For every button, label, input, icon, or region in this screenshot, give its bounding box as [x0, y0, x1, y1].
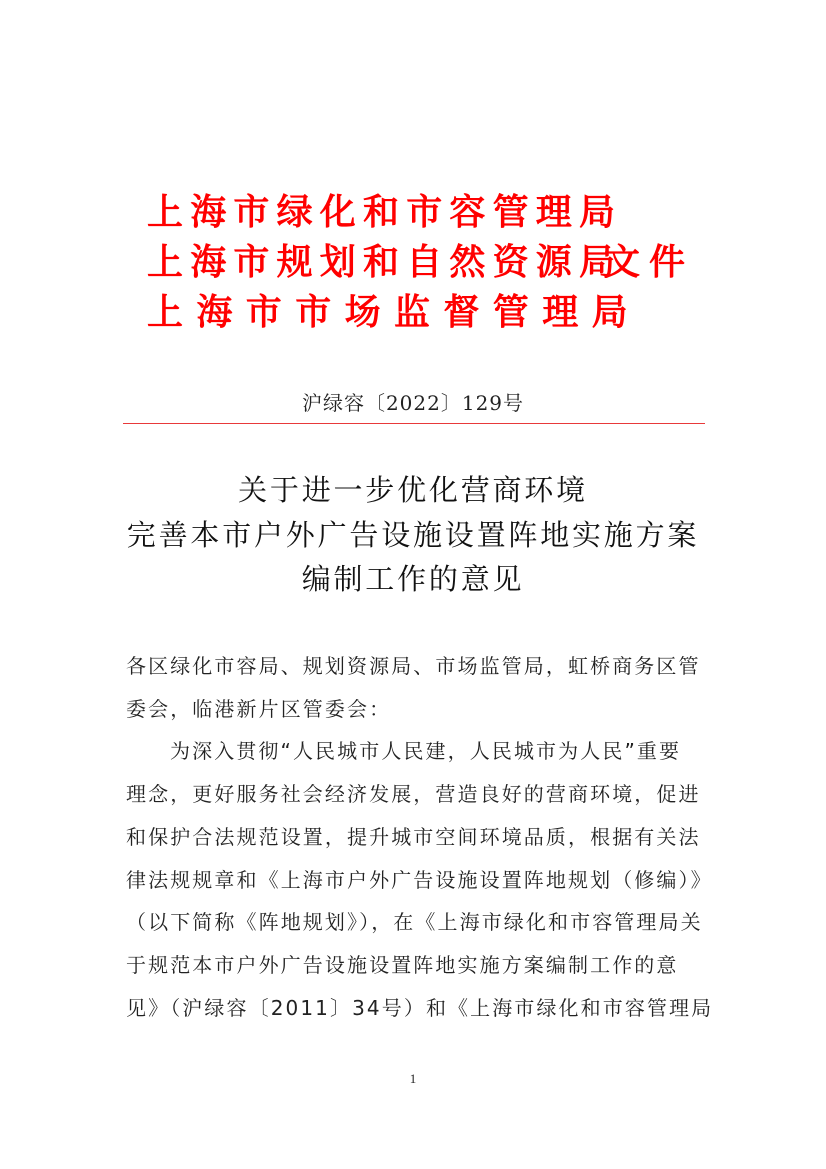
addressee-line: 各区绿化市容局、规划资源局、市场监管局，虹桥商务区管 — [126, 645, 708, 688]
issuer-greening-city-appearance: 上海市绿化和市容管理局 — [147, 190, 622, 234]
issuer-planning-natural-resources: 上海市规划和自然资源局 — [147, 240, 622, 284]
addressee-line: 委会，临港新片区管委会： — [126, 688, 708, 731]
paragraph-line: 和保护合法规范设置，提升城市空间环境品质，根据有关法 — [126, 816, 708, 859]
document-body: 各区绿化市容局、规划资源局、市场监管局，虹桥商务区管 委会，临港新片区管委会： … — [126, 645, 708, 1029]
document-title: 关于进一步优化营商环境 完善本市户外广告设施设置阵地实施方案 编制工作的意见 — [0, 468, 826, 602]
red-divider-rule — [123, 423, 705, 424]
paragraph-line: 理念，更好服务社会经济发展，营造良好的营商环境，促进 — [126, 773, 708, 816]
document-page: 上海市绿化和市容管理局 上海市规划和自然资源局 上海市市场监督管理局 文件 沪绿… — [0, 0, 826, 1169]
document-kind-label: 文件 — [604, 240, 694, 284]
title-line: 关于进一步优化营商环境 — [0, 468, 826, 513]
paragraph-line: 见》（沪绿容〔2011〕34号）和《上海市绿化和市容管理局 — [126, 987, 708, 1030]
document-number: 沪绿容〔2022〕129号 — [0, 390, 826, 416]
paragraph-line: 于规范本市户外广告设施设置阵地实施方案编制工作的意 — [126, 944, 708, 987]
paragraph-line: 为深入贯彻“人民城市人民建，人民城市为人民”重要 — [126, 730, 708, 773]
title-line: 完善本市户外广告设施设置阵地实施方案 — [0, 513, 826, 558]
issuer-market-supervision: 上海市市场监督管理局 — [147, 290, 641, 334]
page-number: 1 — [0, 1070, 826, 1088]
title-line: 编制工作的意见 — [0, 557, 826, 602]
paragraph-line: 律法规规章和《上海市户外广告设施设置阵地规划（修编）》 — [126, 859, 708, 902]
paragraph-line: （以下简称《阵地规划》），在《上海市绿化和市容管理局关 — [126, 901, 708, 944]
